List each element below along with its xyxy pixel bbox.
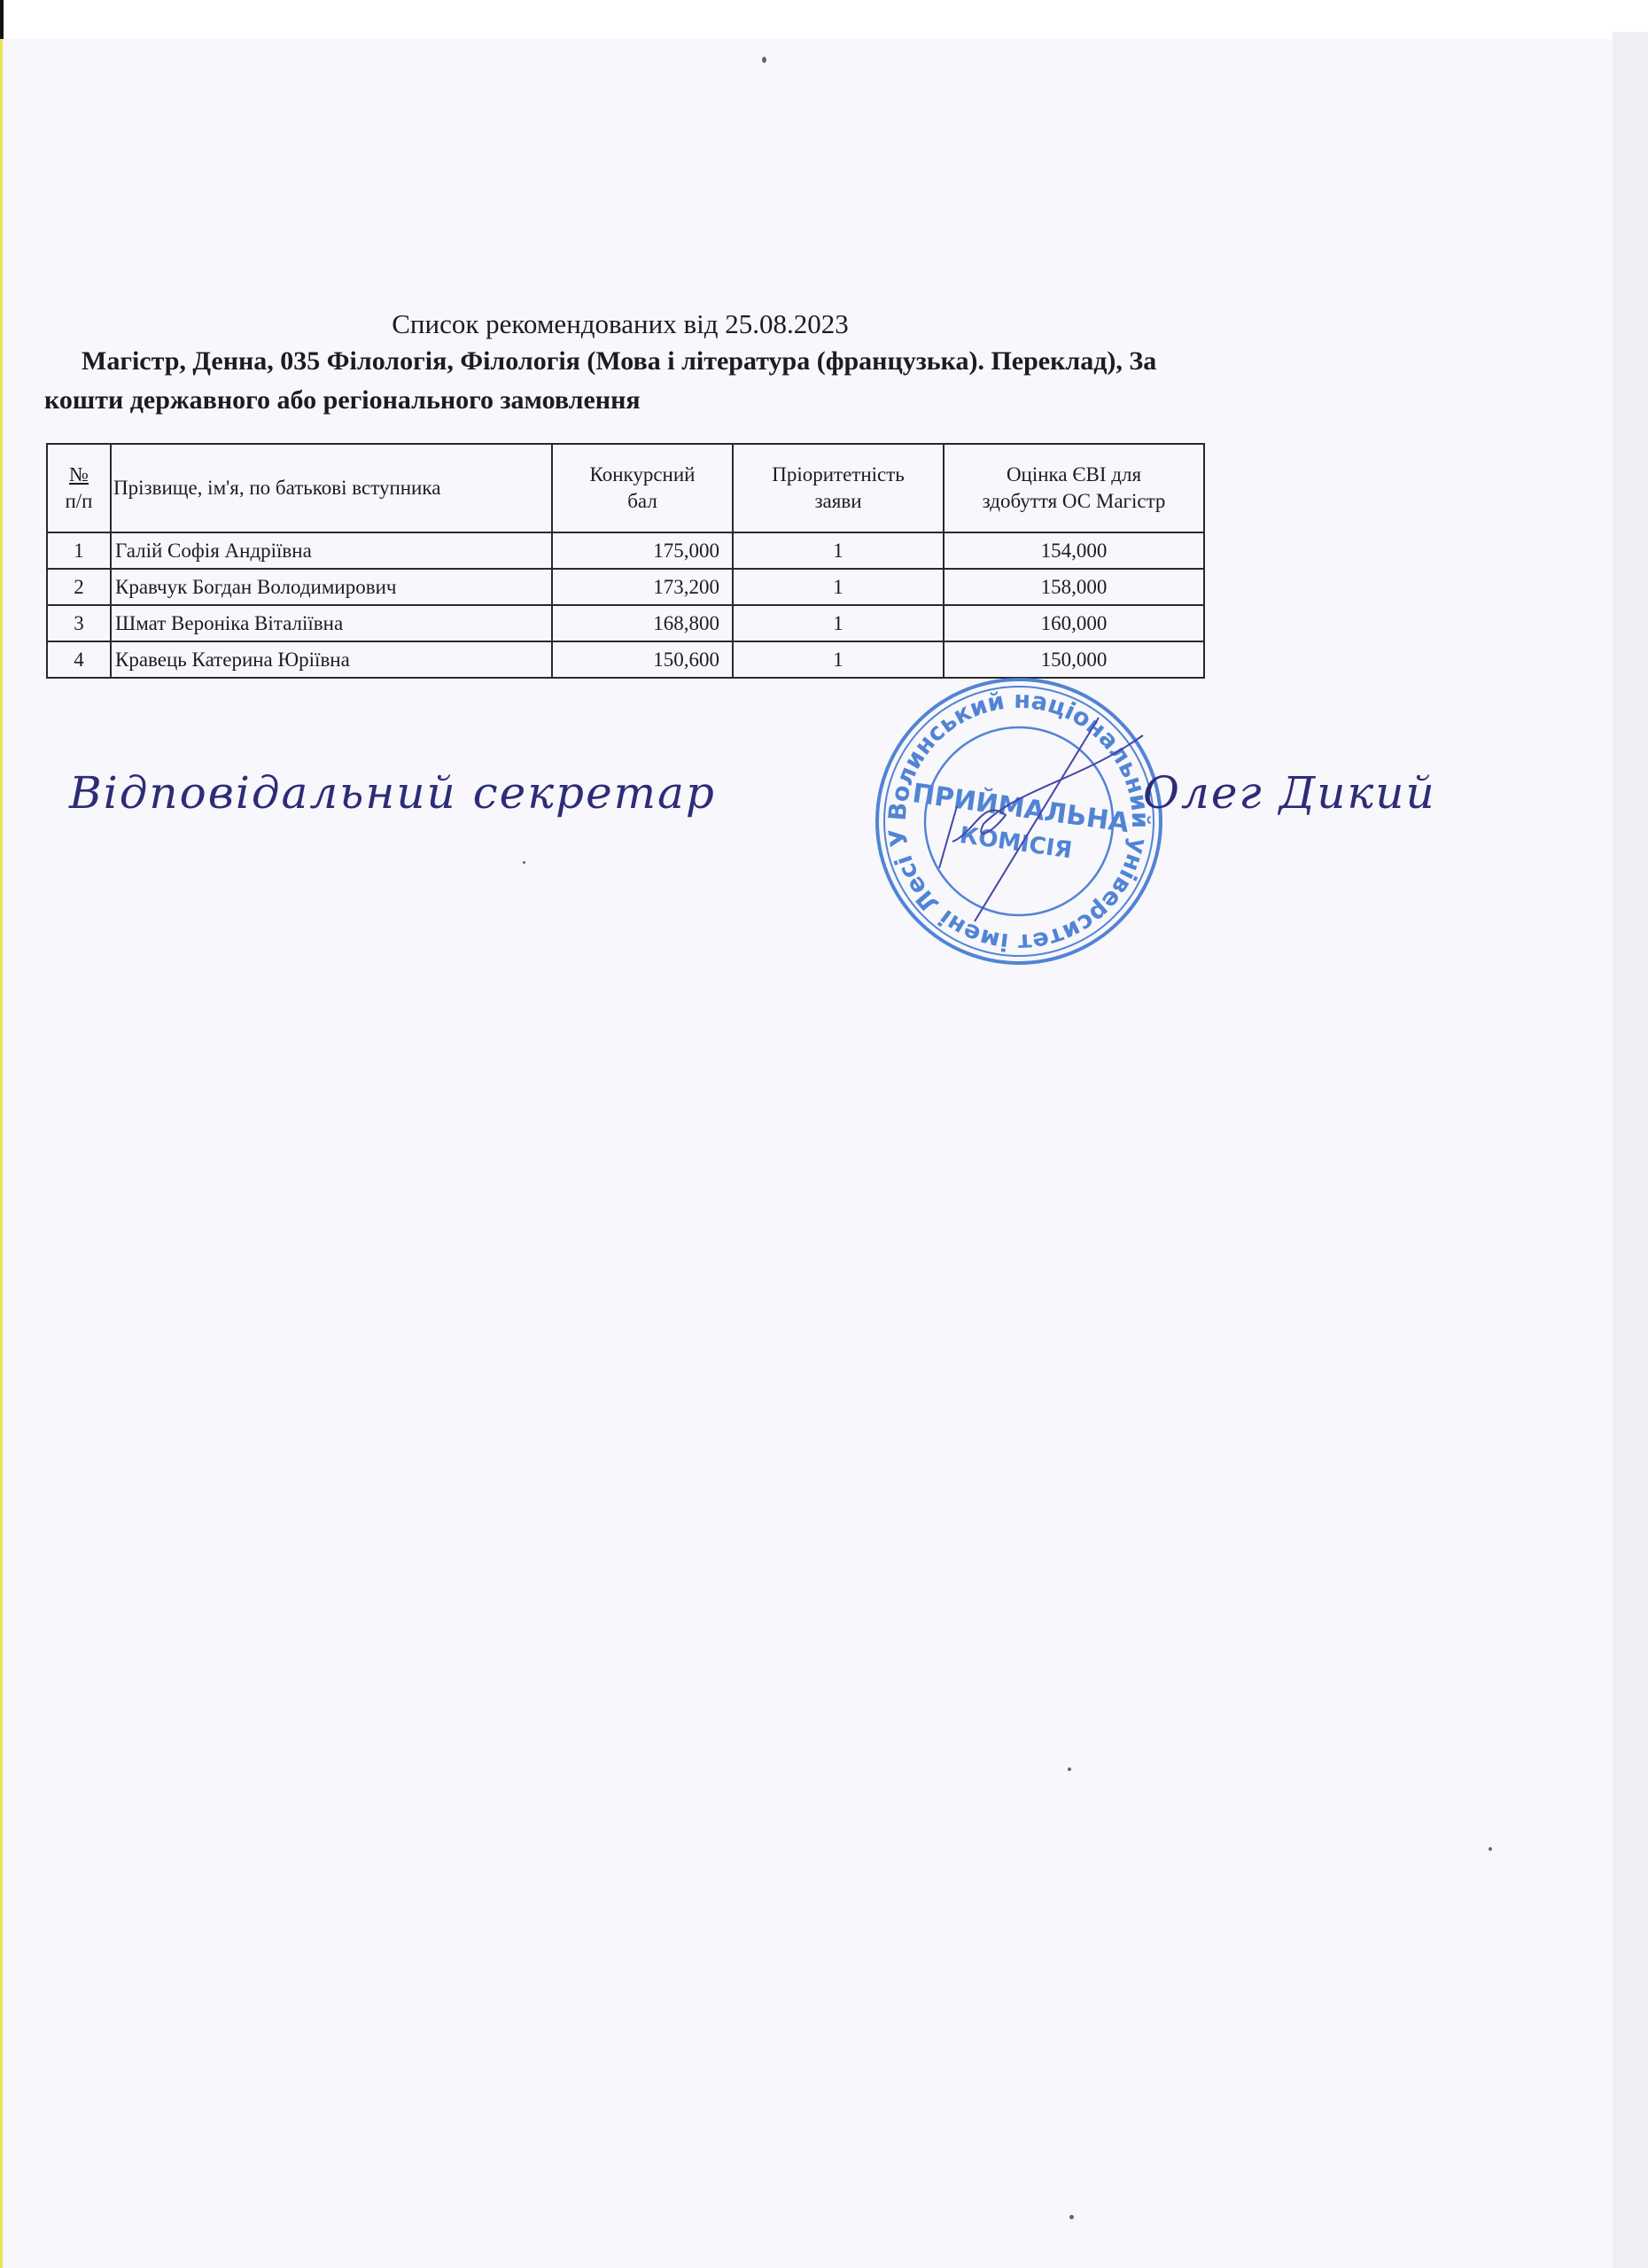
scan-speck bbox=[1069, 2215, 1074, 2219]
header-score: Конкурсний бал bbox=[552, 444, 733, 532]
scan-edge-left-dark bbox=[0, 0, 4, 39]
header-score-line2: бал bbox=[627, 490, 657, 512]
signatory-role-handwritten: Відповідальний секретар bbox=[69, 767, 716, 819]
scan-edge-left bbox=[0, 39, 3, 2268]
signatory-name-handwritten: Олег Дикий bbox=[1143, 767, 1436, 819]
header-priority-line1: Пріоритетність bbox=[772, 463, 905, 485]
cell-name: Кравчук Богдан Володимирович bbox=[111, 569, 552, 605]
cell-zno-score: 158,000 bbox=[944, 569, 1204, 605]
header-zno-line1: Оцінка ЄВІ для bbox=[1007, 463, 1141, 485]
table-header-row: № п/п Прізвище, ім'я, по батькові вступн… bbox=[47, 444, 1204, 532]
table-row: 4 Кравець Катерина Юріївна 150,600 1 150… bbox=[47, 641, 1204, 678]
document-title: Список рекомендованих від 25.08.2023 bbox=[0, 308, 1240, 340]
cell-number: 4 bbox=[47, 641, 111, 678]
header-priority: Пріоритетність заяви bbox=[733, 444, 944, 532]
cell-zno-score: 150,000 bbox=[944, 641, 1204, 678]
header-priority-line2: заяви bbox=[814, 490, 861, 512]
signature-scribble bbox=[921, 700, 1152, 930]
header-number: № п/п bbox=[47, 444, 111, 532]
cell-name: Галій Софія Андріївна bbox=[111, 532, 552, 569]
header-number-abbrev: п/п bbox=[65, 490, 92, 512]
header-number-symbol: № bbox=[69, 463, 89, 485]
table-row: 3 Шмат Вероніка Віталіївна 168,800 1 160… bbox=[47, 605, 1204, 641]
cell-priority: 1 bbox=[733, 532, 944, 569]
scan-speck bbox=[523, 861, 525, 864]
table-row: 1 Галій Софія Андріївна 175,000 1 154,00… bbox=[47, 532, 1204, 569]
scan-speck bbox=[1068, 1767, 1071, 1771]
header-zno-line2: здобуття ОС Магістр bbox=[983, 490, 1166, 512]
scan-speck bbox=[1489, 1847, 1492, 1851]
scan-edge-right bbox=[1613, 32, 1648, 2268]
document-subtitle: Магістр, Денна, 035 Філологія, Філологія… bbox=[44, 342, 1196, 420]
cell-score: 175,000 bbox=[552, 532, 733, 569]
document-title-text: Список рекомендованих від 25.08.2023 bbox=[392, 308, 849, 340]
cell-name: Кравець Катерина Юріївна bbox=[111, 641, 552, 678]
cell-priority: 1 bbox=[733, 641, 944, 678]
header-score-line1: Конкурсний bbox=[590, 463, 696, 485]
header-zno-score: Оцінка ЄВІ для здобуття ОС Магістр bbox=[944, 444, 1204, 532]
cell-number: 2 bbox=[47, 569, 111, 605]
scan-top-margin bbox=[0, 0, 1648, 39]
recommended-list-table: № п/п Прізвище, ім'я, по батькові вступн… bbox=[46, 443, 1205, 679]
cell-zno-score: 154,000 bbox=[944, 532, 1204, 569]
cell-score: 173,200 bbox=[552, 569, 733, 605]
cell-priority: 1 bbox=[733, 569, 944, 605]
cell-name: Шмат Вероніка Віталіївна bbox=[111, 605, 552, 641]
cell-priority: 1 bbox=[733, 605, 944, 641]
header-name: Прізвище, ім'я, по батькові вступника bbox=[111, 444, 552, 532]
cell-zno-score: 160,000 bbox=[944, 605, 1204, 641]
scan-speck bbox=[762, 57, 766, 63]
table-row: 2 Кравчук Богдан Володимирович 173,200 1… bbox=[47, 569, 1204, 605]
cell-score: 150,600 bbox=[552, 641, 733, 678]
cell-number: 1 bbox=[47, 532, 111, 569]
cell-number: 3 bbox=[47, 605, 111, 641]
cell-score: 168,800 bbox=[552, 605, 733, 641]
